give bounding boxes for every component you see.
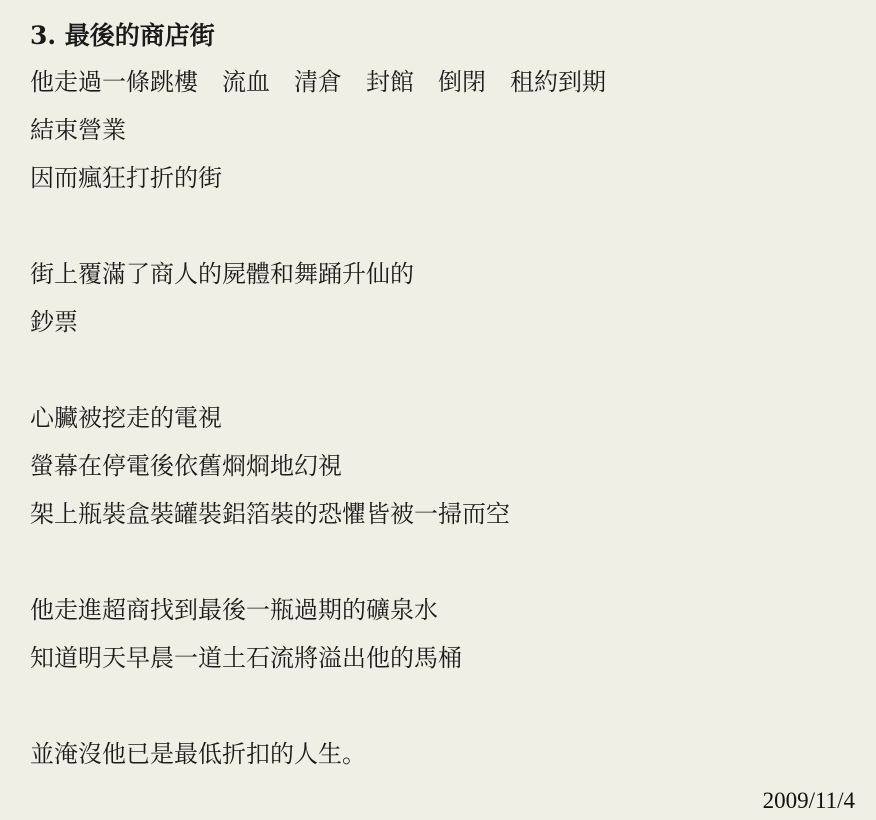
stanza-break: [30, 538, 860, 586]
stanza-2: 街上覆滿了商人的屍體和舞踊升仙的 鈔票: [30, 250, 860, 346]
poem-title: 3. 最後的商店街: [30, 14, 860, 58]
poem-line: 結束營業: [30, 106, 860, 154]
stanza-5: 並淹沒他已是最低折扣的人生。: [30, 730, 860, 778]
poem-line: 街上覆滿了商人的屍體和舞踊升仙的: [30, 250, 860, 298]
stanza-break: [30, 202, 860, 250]
poem-line: 他走進超商找到最後一瓶過期的礦泉水: [30, 586, 860, 634]
poem-line: 心臟被挖走的電視: [30, 394, 860, 442]
poem-date: 2009/11/4: [763, 786, 855, 816]
stanza-4: 他走進超商找到最後一瓶過期的礦泉水 知道明天早晨一道土石流將溢出他的馬桶: [30, 586, 860, 682]
poem-line: 因而瘋狂打折的街: [30, 154, 860, 202]
poem-line: 螢幕在停電後依舊烱烱地幻視: [30, 442, 860, 490]
stanza-break: [30, 346, 860, 394]
poem-line: 架上瓶裝盒裝罐裝鋁箔裝的恐懼皆被一掃而空: [30, 490, 860, 538]
poem-line: 鈔票: [30, 298, 860, 346]
stanza-break: [30, 682, 860, 730]
poem-line: 並淹沒他已是最低折扣的人生。: [30, 730, 860, 778]
stanza-1: 他走過一條跳樓 流血 清倉 封館 倒閉 租約到期 結束營業 因而瘋狂打折的街: [30, 58, 860, 202]
stanza-3: 心臟被挖走的電視 螢幕在停電後依舊烱烱地幻視 架上瓶裝盒裝罐裝鋁箔裝的恐懼皆被一…: [30, 394, 860, 538]
poem-line: 他走過一條跳樓 流血 清倉 封館 倒閉 租約到期: [30, 58, 860, 106]
poem-line: 知道明天早晨一道土石流將溢出他的馬桶: [30, 634, 860, 682]
poem-container: 3. 最後的商店街 他走過一條跳樓 流血 清倉 封館 倒閉 租約到期 結束營業 …: [30, 14, 860, 778]
